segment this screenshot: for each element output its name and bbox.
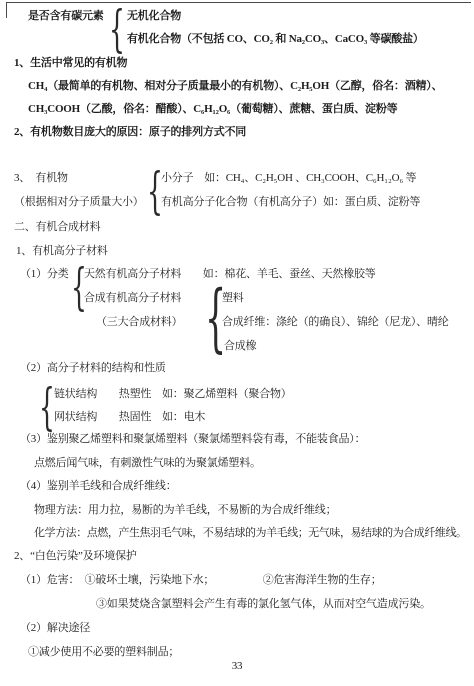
pollution-harm3-line: ③如果焚烧含氯塑料会产生有毒的氯化氢气体，从而对空气造成污染。 [96,598,431,612]
common-organics-line2: CH₃COOH（乙酸，俗名：醋酸）、C₆H₁₂O₆（葡萄糖）、蔗糖、蛋白质、淀粉… [28,103,397,117]
inorganic-compounds-line: 无机化合物 [127,10,181,24]
network-structure-line: 网状结构 热固性 如：电木 [54,411,205,425]
polymer-materials-title: 1、有机高分子材料 [16,245,108,259]
identify-fiber-chemical: 化学方法：点燃，产生焦羽毛气味，不易结球的为羊毛线；无气味，易结球的为合成纤维线… [34,527,467,541]
synthetic-rubber-line: 合成橡 [224,340,256,354]
classify-label: （1）分类 [20,268,69,282]
pollution-solution-title: （2）解决途径 [20,622,90,636]
plastic-line: 塑料 [222,292,244,306]
carbon-question-label: 是否含有碳元素 [28,10,104,24]
natural-polymer-line: 天然有机高分子材料 如：棉花、羊毛、蚕丝、天然橡胶等 [84,268,376,282]
synthetic-section-title: 二、有机合成材料 [14,221,100,235]
identify-fiber-title: （4）鉴别羊毛线和合成纤维线： [20,480,177,494]
brace-structure [39,386,55,429]
macromolecules-line: 有机高分子化合物（有机高分子）如：蛋白质、淀粉等 [161,196,420,210]
common-organics-title: 1、生活中常见的有机物 [14,57,127,71]
common-organics-line1: CH₄（最简单的有机物、相对分子质量最小的有机物）、C₂H₅OH（乙醇，俗名：酒… [28,80,442,94]
identify-plastic-method: 点燃后闻气味，有刺激性气味的为聚氯烯塑料。 [34,457,261,471]
page-number: 33 [0,660,474,672]
organic-compounds-line: 有机化合物（不包括 CO、CO₂ 和 Na₂CO₃、CaCO₃ 等碳酸盐） [127,33,424,47]
chain-structure-line: 链状结构 热塑性 如：聚乙烯塑料（聚合物） [54,388,292,402]
by-mass-label: 3、 有机物 [14,172,68,186]
identify-plastic-title: （3）鉴别聚乙烯塑料和聚氯烯塑料（聚氯烯塑料袋有毒，不能装食品）： [20,433,365,447]
structure-title: （2）高分子材料的结构和性质 [20,362,166,376]
synthetic-polymer-line: 合成有机高分子材料 [84,292,181,306]
pollution-harms-line: （1）危害： ①破坏土壤，污染地下水； ②危害海洋生物的生存； [20,574,382,588]
brace-classification [109,8,125,51]
identify-fiber-physical: 物理方法：用力拉，易断的为羊毛线，不易断的为合成纤维线； [34,504,336,518]
pollution-solution1-line: ①减少使用不必要的塑料制品； [28,646,179,660]
small-molecules-line: 小分子 如：CH₄、C₂H₅OH 、CH₃COOH、C₆H₁₂O₆ 等 [161,172,416,186]
pollution-title: 2、“白色污染”及环境保护 [14,550,137,564]
by-mass-sublabel: （根据相对分子质量大小） [14,196,144,210]
synthetic-fiber-line: 合成纤维：涤纶（的确良）、锦纶（尼龙）、晴纶 [222,316,449,330]
organics-count-reason: 2、有机物数目庞大的原因：原子的排列方式不同 [14,126,246,140]
three-synthetics-note: （三大合成材料） [96,316,182,330]
